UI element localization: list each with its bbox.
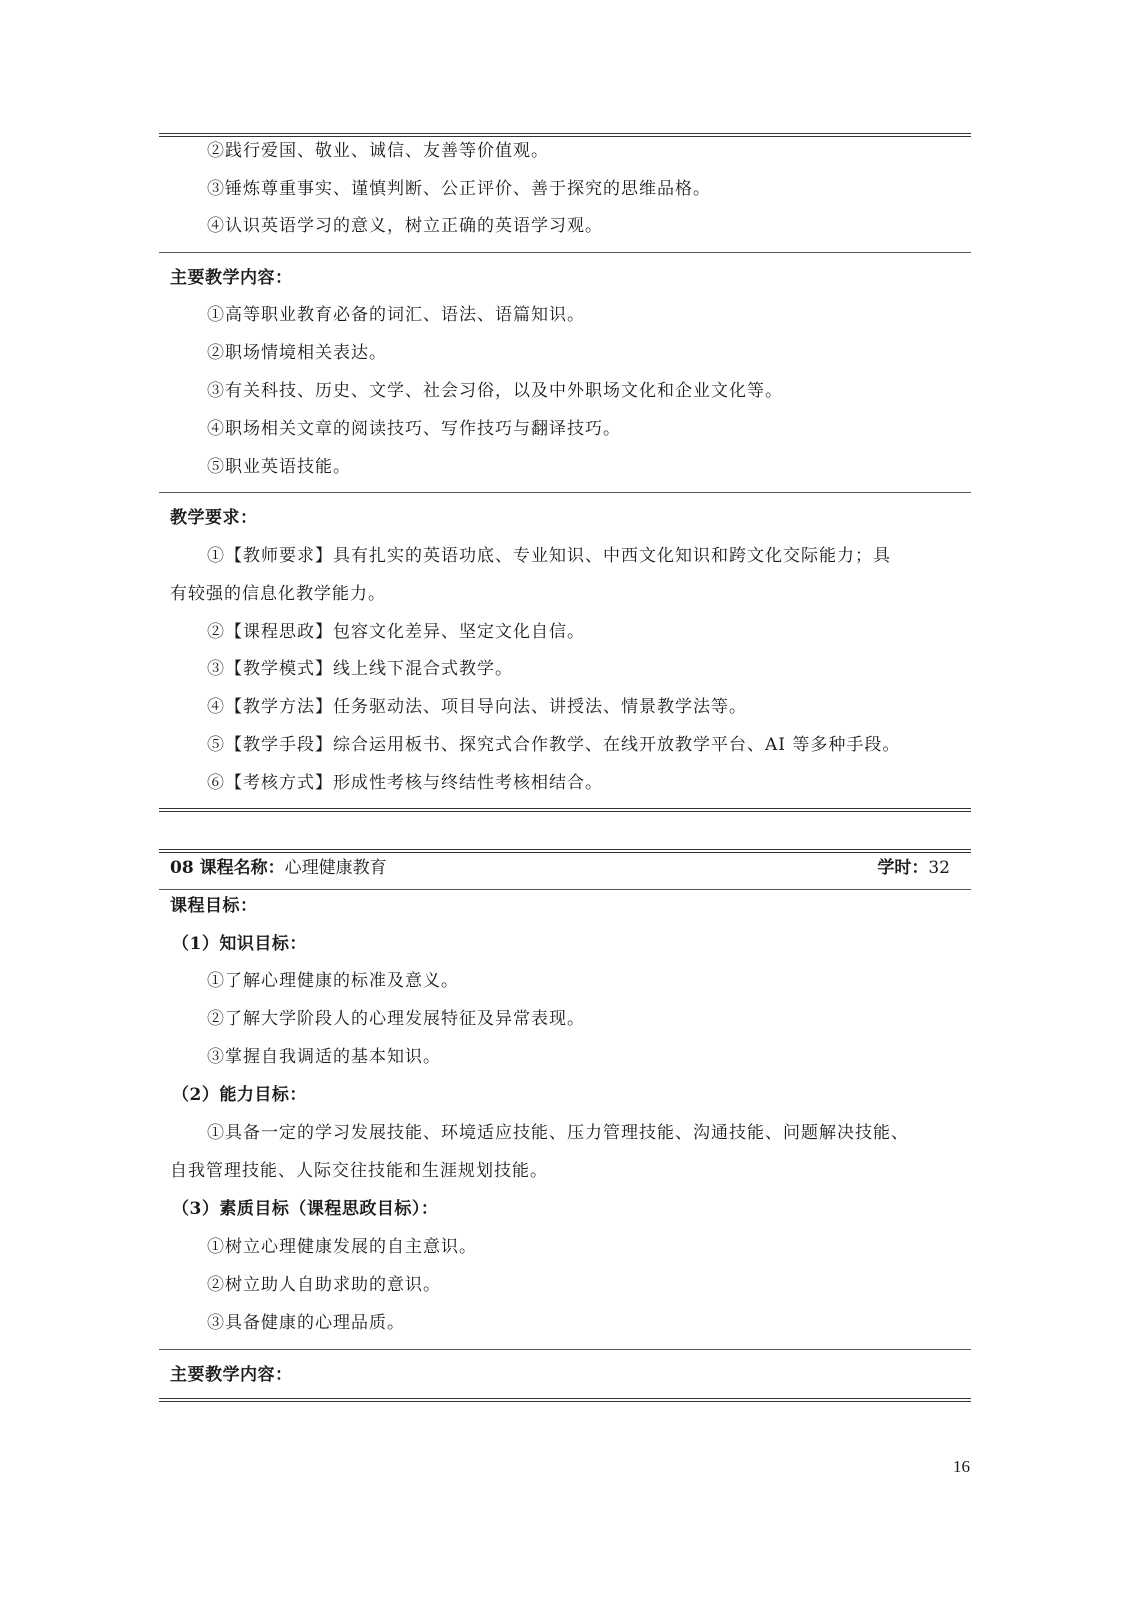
row-divider [159,492,971,493]
requirements-heading: 教学要求： [170,507,258,529]
quality-goal-item: ①树立心理健康发展的自主意识。 [207,1236,477,1258]
quality-goals-heading: （3）素质目标（课程思政目标）： [172,1198,438,1220]
knowledge-goals-heading: （1）知识目标： [172,933,307,955]
content-heading: 主要教学内容： [170,1364,293,1386]
row-divider [159,1349,971,1350]
ability-goal-item: ①具备一定的学习发展技能、环境适应技能、压力管理技能、沟通技能、问题解决技能、 [207,1122,909,1144]
goal-item: ④认识英语学习的意义，树立正确的英语学习观。 [207,215,603,237]
row-divider [159,252,971,253]
course-title-row: 08 课程名称：心理健康教育 学时：32 [170,857,950,879]
document-page: ②践行爱国、敬业、诚信、友善等价值观。 ③锤炼尊重事实、谨慎判断、公正评价、善于… [0,0,1131,1600]
requirement-item: ⑥【考核方式】形成性考核与终结性考核相结合。 [207,772,603,794]
ability-goal-item-continued: 自我管理技能、人际交往技能和生涯规划技能。 [170,1160,548,1182]
requirement-item: ④【教学方法】任务驱动法、项目导向法、讲授法、情景教学法等。 [207,696,747,718]
goal-item: ②践行爱国、敬业、诚信、友善等价值观。 [207,140,549,162]
requirement-item-continued: 有较强的信息化教学能力。 [170,583,386,605]
knowledge-goal-item: ①了解心理健康的标准及意义。 [207,970,459,992]
course-name: 心理健康教育 [285,858,387,878]
requirement-item: ⑤【教学手段】综合运用板书、探究式合作教学、在线开放教学平台、AI 等多种手段。 [207,734,900,756]
knowledge-goal-item: ③掌握自我调适的基本知识。 [207,1046,441,1068]
quality-goal-item: ②树立助人自助求助的意识。 [207,1274,441,1296]
course-hours: 学时：32 [877,857,950,879]
ability-goals-heading: （2）能力目标： [172,1084,307,1106]
content-item: ③有关科技、历史、文学、社会习俗，以及中外职场文化和企业文化等。 [207,380,783,402]
hours-label: 学时： [877,858,928,878]
content-item: ⑤职业英语技能。 [207,456,351,478]
goal-item: ③锤炼尊重事实、谨慎判断、公正评价、善于探究的思维品格。 [207,178,711,200]
table-top-border [159,849,971,853]
quality-goal-item: ③具备健康的心理品质。 [207,1312,405,1334]
goals-heading: 课程目标： [170,895,258,917]
table-bottom-border [159,1398,971,1402]
content-heading: 主要教学内容： [170,267,293,289]
content-item: ②职场情境相关表达。 [207,342,387,364]
requirement-item: ①【教师要求】具有扎实的英语功底、专业知识、中西文化知识和跨文化交际能力；具 [207,545,891,567]
table-top-border [159,133,971,137]
content-item: ①高等职业教育必备的词汇、语法、语篇知识。 [207,304,585,326]
knowledge-goal-item: ②了解大学阶段人的心理发展特征及异常表现。 [207,1008,585,1030]
page-number: 16 [953,1457,970,1477]
requirement-item: ②【课程思政】包容文化差异、坚定文化自信。 [207,621,585,643]
hours-value: 32 [928,858,950,878]
content-item: ④职场相关文章的阅读技巧、写作技巧与翻译技巧。 [207,418,621,440]
course-number-label: 08 课程名称： [170,858,285,878]
table-bottom-border [159,808,971,812]
requirement-item: ③【教学模式】线上线下混合式教学。 [207,658,513,680]
row-divider [159,889,971,890]
